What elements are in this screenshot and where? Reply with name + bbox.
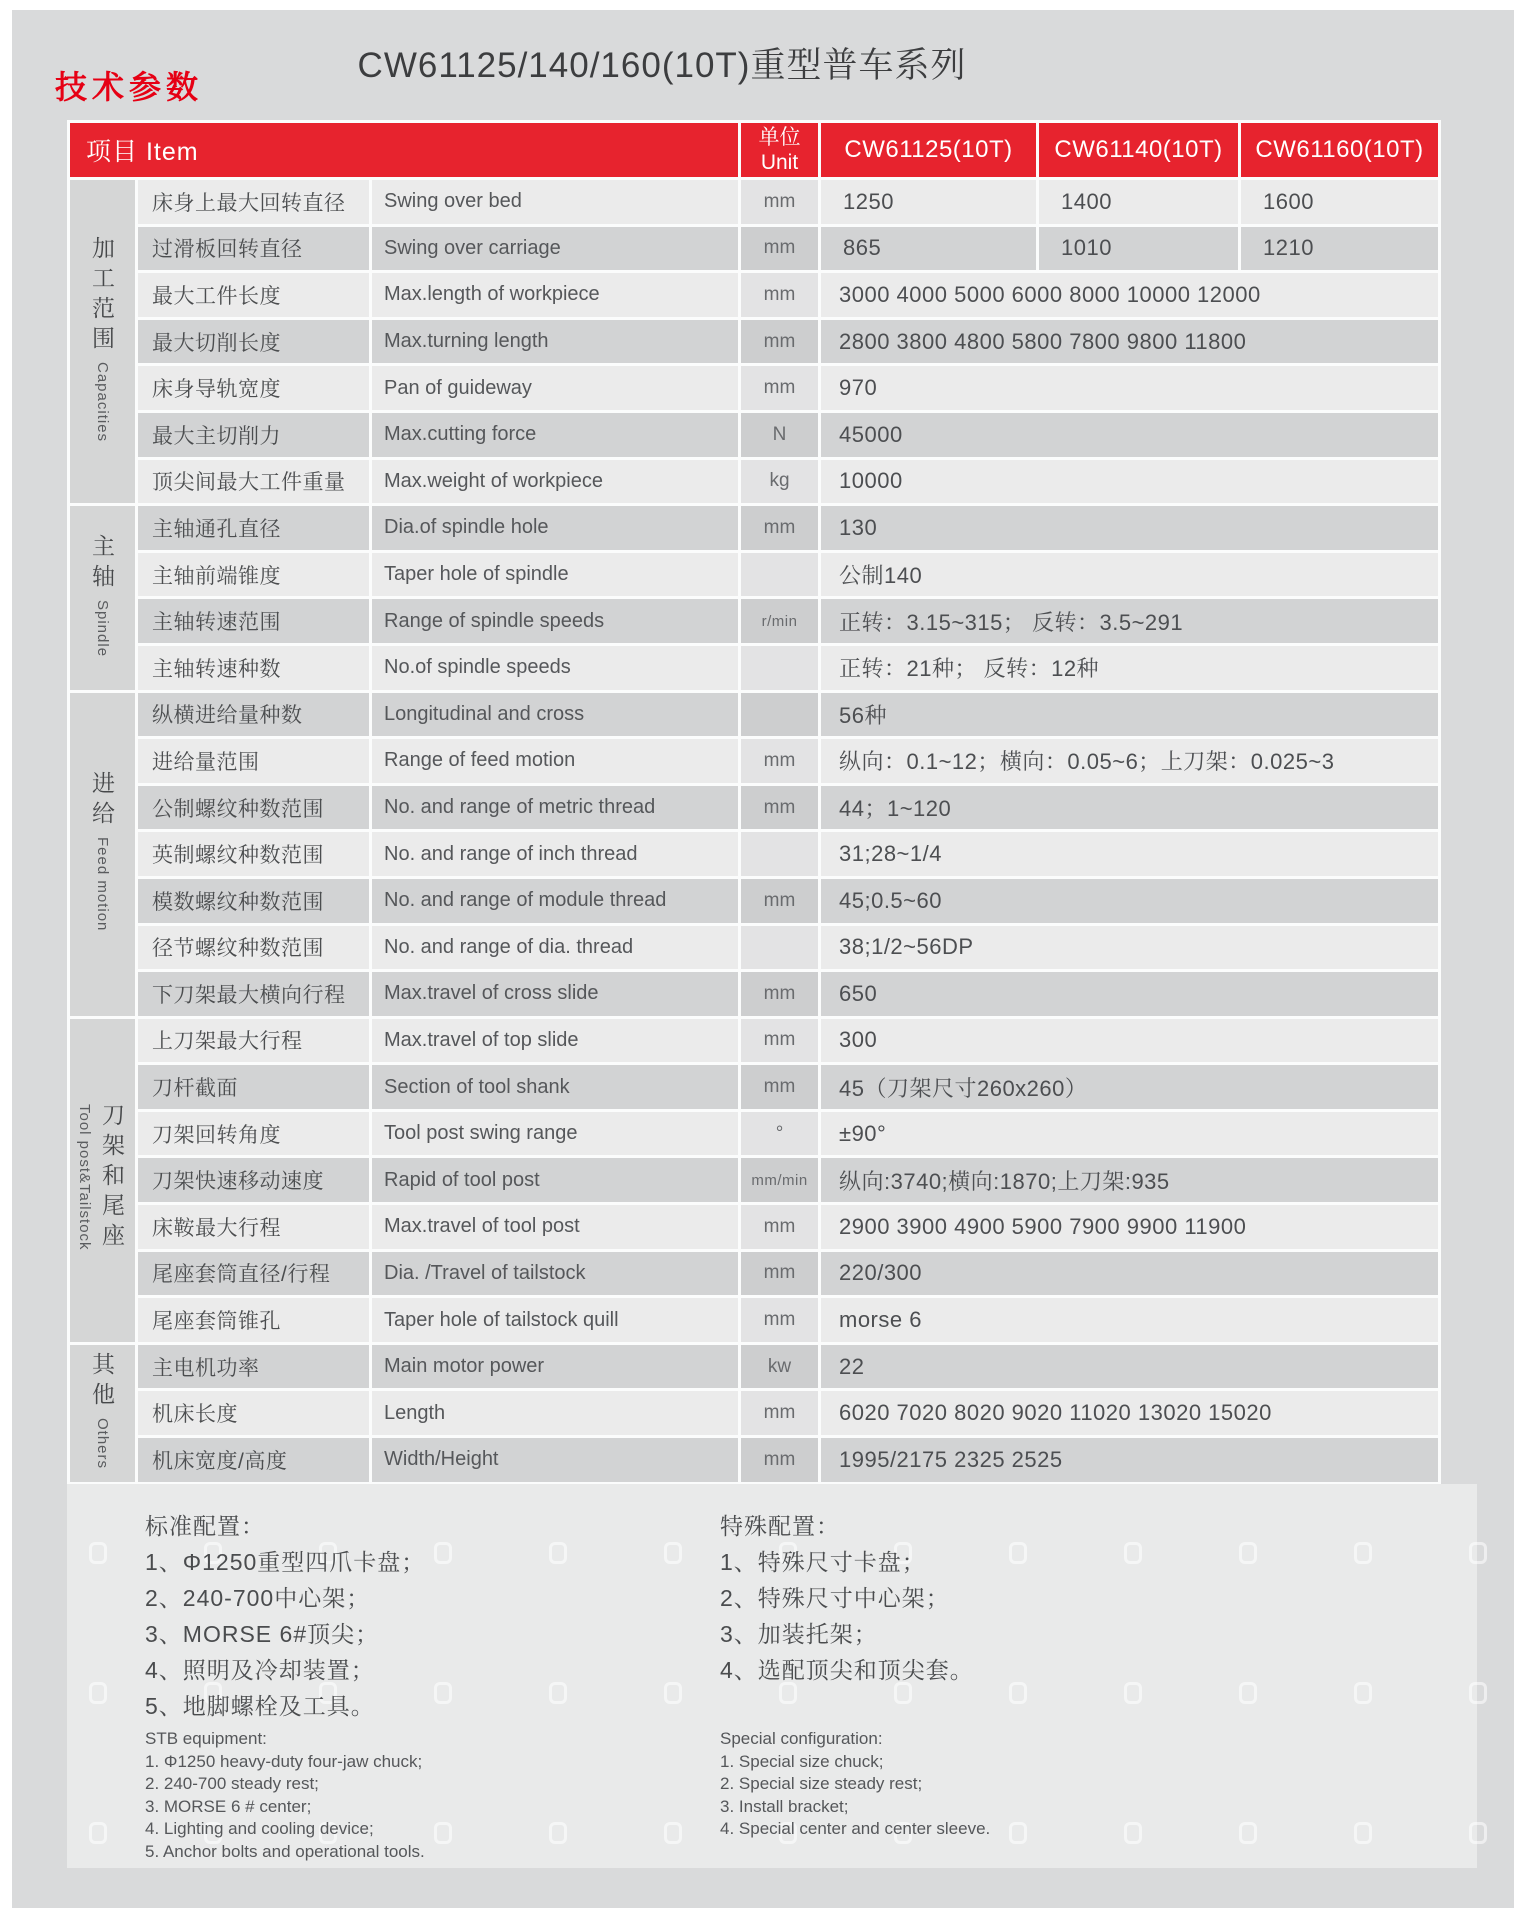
value-cell: 130 [820, 505, 1440, 552]
item-en-cell: Width/Height [371, 1437, 740, 1484]
table-row: 最大切削长度Max.turning lengthmm2800 3800 4800… [69, 318, 1440, 365]
table-row: 进给Feed motion纵横进给量种数Longitudinal and cro… [69, 691, 1440, 738]
item-en-cell: Max.travel of tool post [371, 1204, 740, 1251]
table-row: 最大工件长度Max.length of workpiecemm3000 4000… [69, 272, 1440, 319]
table-row: 顶尖间最大工件重量Max.weight of workpiecekg10000 [69, 458, 1440, 505]
special-config-item-en: 2. Special size steady rest; [720, 1773, 990, 1796]
item-en-cell: Rapid of tool post [371, 1157, 740, 1204]
unit-cell: mm [740, 365, 820, 412]
item-en-cell: Max.cutting force [371, 411, 740, 458]
table-header-unit: 单位 Unit [740, 122, 820, 179]
value-cell: 45000 [820, 411, 1440, 458]
value-cell: 2900 3900 4900 5900 7900 9900 11900 [820, 1204, 1440, 1251]
spec-table: 项目 Item 单位 Unit CW61125(10T) CW61140(10T… [67, 120, 1441, 1485]
standard-config-item-cn: 2、240-700中心架； [145, 1580, 425, 1616]
item-cn-cell: 主电机功率 [137, 1343, 371, 1390]
group-cell: 进给Feed motion [69, 691, 137, 1017]
standard-config-item-en: 4. Lighting and cooling device; [145, 1818, 425, 1841]
item-cn-cell: 纵横进给量种数 [137, 691, 371, 738]
special-config-item-en: 1. Special size chuck; [720, 1751, 990, 1774]
item-en-cell: No. and range of metric thread [371, 784, 740, 831]
special-config-en: Special configuration: 1. Special size c… [720, 1728, 990, 1841]
item-en-cell: Max.length of workpiece [371, 272, 740, 319]
item-cn-cell: 床身导轨宽度 [137, 365, 371, 412]
tech-params-label: 技术参数 [55, 62, 203, 108]
value-cell: 10000 [820, 458, 1440, 505]
unit-cell: mm [740, 505, 820, 552]
unit-cell: kw [740, 1343, 820, 1390]
standard-config-item-en: 2. 240-700 steady rest; [145, 1773, 425, 1796]
table-row: 刀杆截面Section of tool shankmm45（刀架尺寸260x26… [69, 1064, 1440, 1111]
unit-cell: mm [740, 1017, 820, 1064]
unit-cell: mm [740, 1437, 820, 1484]
standard-config-item-cn: 1、Φ1250重型四爪卡盘； [145, 1544, 425, 1580]
value-cell: 3000 4000 5000 6000 8000 10000 12000 [820, 272, 1440, 319]
group-label-en: Others [94, 1418, 111, 1469]
value-cell: 45;0.5~60 [820, 877, 1440, 924]
value-cell: 1010 [1038, 225, 1240, 272]
value-cell: 56种 [820, 691, 1440, 738]
item-cn-cell: 刀杆截面 [137, 1064, 371, 1111]
group-cell: 其他Others [69, 1343, 137, 1483]
value-cell: 970 [820, 365, 1440, 412]
item-cn-cell: 尾座套筒直径/行程 [137, 1250, 371, 1297]
item-cn-cell: 主轴通孔直径 [137, 505, 371, 552]
group-label-en: Tool post&Tailstock [76, 1103, 93, 1253]
value-cell: 31;28~1/4 [820, 831, 1440, 878]
value-cell: 44；1~120 [820, 784, 1440, 831]
special-config-item-cn: 1、特殊尺寸卡盘； [720, 1544, 974, 1580]
value-cell: 2800 3800 4800 5800 7800 9800 11800 [820, 318, 1440, 365]
value-cell: 38;1/2~56DP [820, 924, 1440, 971]
group-label-en: Spindle [94, 600, 111, 657]
model-column-header: CW61125(10T) [820, 122, 1038, 179]
table-row: 主轴Spindle主轴通孔直径Dia.of spindle holemm130 [69, 505, 1440, 552]
table-header-unit-cn: 单位 [741, 125, 818, 150]
item-cn-cell: 下刀架最大横向行程 [137, 971, 371, 1018]
item-cn-cell: 机床宽度/高度 [137, 1437, 371, 1484]
item-en-cell: Max.weight of workpiece [371, 458, 740, 505]
item-en-cell: No. and range of module thread [371, 877, 740, 924]
item-en-cell: Main motor power [371, 1343, 740, 1390]
item-cn-cell: 模数螺纹种数范围 [137, 877, 371, 924]
item-en-cell: Longitudinal and cross [371, 691, 740, 738]
watermark-icon [89, 1542, 107, 1564]
item-en-cell: No.of spindle speeds [371, 644, 740, 691]
page-title: CW61125/140/160(10T)重型普车系列 [12, 38, 1312, 88]
value-cell: 1600 [1240, 179, 1440, 226]
item-en-cell: Max.travel of cross slide [371, 971, 740, 1018]
item-cn-cell: 床鞍最大行程 [137, 1204, 371, 1251]
unit-cell: mm [740, 1297, 820, 1344]
value-cell: 300 [820, 1017, 1440, 1064]
table-row: 刀架快速移动速度Rapid of tool postmm/min纵向:3740;… [69, 1157, 1440, 1204]
value-cell: 公制140 [820, 551, 1440, 598]
table-header-item: 项目 Item [69, 122, 740, 179]
special-config-title-en: Special configuration: [720, 1728, 990, 1751]
unit-cell: mm [740, 971, 820, 1018]
table-row: 机床长度Lengthmm6020 7020 8020 9020 11020 13… [69, 1390, 1440, 1437]
table-row: 主轴前端锥度Taper hole of spindle公制140 [69, 551, 1440, 598]
item-cn-cell: 机床长度 [137, 1390, 371, 1437]
standard-config-block: 标准配置： 1、Φ1250重型四爪卡盘；2、240-700中心架；3、MORSE… [145, 1484, 705, 1868]
item-cn-cell: 过滑板回转直径 [137, 225, 371, 272]
table-row: 刀架回转角度Tool post swing range°±90° [69, 1110, 1440, 1157]
item-cn-cell: 进给量范围 [137, 738, 371, 785]
standard-config-item-en: 5. Anchor bolts and operational tools. [145, 1841, 425, 1864]
item-en-cell: Dia. /Travel of tailstock [371, 1250, 740, 1297]
standard-config-item-cn: 4、照明及冷却装置； [145, 1652, 425, 1688]
group-cell: 刀架和尾座Tool post&Tailstock [69, 1017, 137, 1343]
value-cell: ±90° [820, 1110, 1440, 1157]
unit-cell: mm [740, 738, 820, 785]
table-row: 进给量范围Range of feed motionmm纵向：0.1~12；横向：… [69, 738, 1440, 785]
item-en-cell: No. and range of dia. thread [371, 924, 740, 971]
table-row: 尾座套筒锥孔Taper hole of tailstock quillmmmor… [69, 1297, 1440, 1344]
value-cell: 6020 7020 8020 9020 11020 13020 15020 [820, 1390, 1440, 1437]
item-en-cell: Swing over bed [371, 179, 740, 226]
watermark-icon [89, 1822, 107, 1844]
model-column-header: CW61160(10T) [1240, 122, 1440, 179]
item-cn-cell: 主轴前端锥度 [137, 551, 371, 598]
item-en-cell: Max.travel of top slide [371, 1017, 740, 1064]
item-en-cell: Swing over carriage [371, 225, 740, 272]
value-cell: 650 [820, 971, 1440, 1018]
unit-cell: kg [740, 458, 820, 505]
special-config-title-cn: 特殊配置： [720, 1508, 974, 1544]
group-label-en: Capacities [94, 362, 111, 442]
standard-config-item-en: 1. Φ1250 heavy-duty four-jaw chuck; [145, 1751, 425, 1774]
unit-cell: mm [740, 877, 820, 924]
item-cn-cell: 床身上最大回转直径 [137, 179, 371, 226]
standard-config-item-cn: 3、MORSE 6#顶尖； [145, 1616, 425, 1652]
unit-cell: mm [740, 1390, 820, 1437]
item-cn-cell: 主轴转速种数 [137, 644, 371, 691]
item-cn-cell: 尾座套筒锥孔 [137, 1297, 371, 1344]
item-cn-cell: 最大切削长度 [137, 318, 371, 365]
table-row: 主轴转速种数No.of spindle speeds正转：21种； 反转：12种 [69, 644, 1440, 691]
item-en-cell: Length [371, 1390, 740, 1437]
table-row: 下刀架最大横向行程Max.travel of cross slidemm650 [69, 971, 1440, 1018]
table-row: 尾座套筒直径/行程Dia. /Travel of tailstockmm220/… [69, 1250, 1440, 1297]
table-header-unit-en: Unit [741, 150, 818, 175]
item-en-cell: Tool post swing range [371, 1110, 740, 1157]
config-panel: 标准配置： 1、Φ1250重型四爪卡盘；2、240-700中心架；3、MORSE… [67, 1484, 1477, 1868]
unit-cell [740, 691, 820, 738]
item-en-cell: Dia.of spindle hole [371, 505, 740, 552]
table-row: 公制螺纹种数范围No. and range of metric threadmm… [69, 784, 1440, 831]
group-cell: 加工范围Capacities [69, 179, 137, 505]
value-cell: 纵向：0.1~12；横向：0.05~6；上刀架：0.025~3 [820, 738, 1440, 785]
value-cell: 1210 [1240, 225, 1440, 272]
table-row: 其他Others主电机功率Main motor powerkw22 [69, 1343, 1440, 1390]
standard-config-title-cn: 标准配置： [145, 1508, 425, 1544]
value-cell: 22 [820, 1343, 1440, 1390]
table-row: 最大主切削力Max.cutting forceN45000 [69, 411, 1440, 458]
table-row: 过滑板回转直径Swing over carriagemm86510101210 [69, 225, 1440, 272]
item-en-cell: Range of spindle speeds [371, 598, 740, 645]
standard-config-cn: 标准配置： 1、Φ1250重型四爪卡盘；2、240-700中心架；3、MORSE… [145, 1508, 425, 1724]
item-cn-cell: 英制螺纹种数范围 [137, 831, 371, 878]
value-cell: 正转：3.15~315； 反转：3.5~291 [820, 598, 1440, 645]
item-en-cell: No. and range of inch thread [371, 831, 740, 878]
value-cell: 1400 [1038, 179, 1240, 226]
table-row: 刀架和尾座Tool post&Tailstock上刀架最大行程Max.trave… [69, 1017, 1440, 1064]
watermark-icon [1469, 1682, 1487, 1704]
spec-sheet-page: CW61125/140/160(10T)重型普车系列 技术参数 项目 Item … [12, 10, 1514, 1908]
table-row: 加工范围Capacities床身上最大回转直径Swing over bedmm1… [69, 179, 1440, 226]
item-cn-cell: 刀架回转角度 [137, 1110, 371, 1157]
unit-cell [740, 551, 820, 598]
item-cn-cell: 上刀架最大行程 [137, 1017, 371, 1064]
group-label-en: Feed motion [94, 837, 111, 931]
unit-cell [740, 924, 820, 971]
unit-cell: mm/min [740, 1157, 820, 1204]
item-cn-cell: 顶尖间最大工件重量 [137, 458, 371, 505]
value-cell: 220/300 [820, 1250, 1440, 1297]
item-en-cell: Range of feed motion [371, 738, 740, 785]
value-cell: 纵向:3740;横向:1870;上刀架:935 [820, 1157, 1440, 1204]
standard-config-en: STB equipment: 1. Φ1250 heavy-duty four-… [145, 1728, 425, 1863]
value-cell: 1995/2175 2325 2525 [820, 1437, 1440, 1484]
watermark-icon [1469, 1542, 1487, 1564]
table-header-row: 项目 Item 单位 Unit CW61125(10T) CW61140(10T… [69, 122, 1440, 179]
item-en-cell: Max.turning length [371, 318, 740, 365]
unit-cell: ° [740, 1110, 820, 1157]
special-config-item-cn: 2、特殊尺寸中心架； [720, 1580, 974, 1616]
special-config-item-cn: 3、加装托架； [720, 1616, 974, 1652]
item-cn-cell: 主轴转速范围 [137, 598, 371, 645]
special-config-item-en: 3. Install bracket; [720, 1796, 990, 1819]
value-cell: 1250 [820, 179, 1038, 226]
group-label-cn: 刀架和尾座 [96, 1103, 129, 1253]
group-label-cn: 其他 [89, 1352, 115, 1412]
watermark-icon [89, 1682, 107, 1704]
table-row: 英制螺纹种数范围No. and range of inch thread31;2… [69, 831, 1440, 878]
standard-config-title-en: STB equipment: [145, 1728, 425, 1751]
table-row: 主轴转速范围Range of spindle speedsr/min正转：3.1… [69, 598, 1440, 645]
unit-cell: mm [740, 318, 820, 365]
standard-config-item-en: 3. MORSE 6 # center; [145, 1796, 425, 1819]
group-label-cn: 进给 [89, 771, 115, 831]
unit-cell: mm [740, 784, 820, 831]
table-row: 床鞍最大行程Max.travel of tool postmm2900 3900… [69, 1204, 1440, 1251]
unit-cell: mm [740, 1204, 820, 1251]
unit-cell: N [740, 411, 820, 458]
group-label-cn: 加工范围 [89, 236, 115, 356]
item-cn-cell: 最大主切削力 [137, 411, 371, 458]
unit-cell [740, 644, 820, 691]
unit-cell: r/min [740, 598, 820, 645]
item-en-cell: Pan of guideway [371, 365, 740, 412]
table-row: 机床宽度/高度Width/Heightmm1995/2175 2325 2525 [69, 1437, 1440, 1484]
standard-config-item-cn: 5、地脚螺栓及工具。 [145, 1688, 425, 1724]
unit-cell: mm [740, 225, 820, 272]
table-row: 径节螺纹种数范围No. and range of dia. thread38;1… [69, 924, 1440, 971]
item-cn-cell: 公制螺纹种数范围 [137, 784, 371, 831]
watermark-icon [1469, 1822, 1487, 1844]
group-label-cn: 主轴 [89, 534, 115, 594]
unit-cell: mm [740, 1250, 820, 1297]
table-row: 模数螺纹种数范围No. and range of module threadmm… [69, 877, 1440, 924]
item-en-cell: Taper hole of spindle [371, 551, 740, 598]
unit-cell: mm [740, 179, 820, 226]
special-config-item-en: 4. Special center and center sleeve. [720, 1818, 990, 1841]
unit-cell: mm [740, 272, 820, 319]
item-cn-cell: 最大工件长度 [137, 272, 371, 319]
value-cell: 865 [820, 225, 1038, 272]
item-cn-cell: 径节螺纹种数范围 [137, 924, 371, 971]
item-cn-cell: 刀架快速移动速度 [137, 1157, 371, 1204]
unit-cell: mm [740, 1064, 820, 1111]
value-cell: morse 6 [820, 1297, 1440, 1344]
table-row: 床身导轨宽度Pan of guidewaymm970 [69, 365, 1440, 412]
special-config-item-cn: 4、选配顶尖和顶尖套。 [720, 1652, 974, 1688]
value-cell: 45（刀架尺寸260x260） [820, 1064, 1440, 1111]
special-config-block: 特殊配置： 1、特殊尺寸卡盘；2、特殊尺寸中心架；3、加装托架；4、选配顶尖和顶… [720, 1484, 1360, 1868]
item-en-cell: Taper hole of tailstock quill [371, 1297, 740, 1344]
item-en-cell: Section of tool shank [371, 1064, 740, 1111]
special-config-cn: 特殊配置： 1、特殊尺寸卡盘；2、特殊尺寸中心架；3、加装托架；4、选配顶尖和顶… [720, 1508, 974, 1688]
group-cell: 主轴Spindle [69, 505, 137, 691]
model-column-header: CW61140(10T) [1038, 122, 1240, 179]
unit-cell [740, 831, 820, 878]
value-cell: 正转：21种； 反转：12种 [820, 644, 1440, 691]
